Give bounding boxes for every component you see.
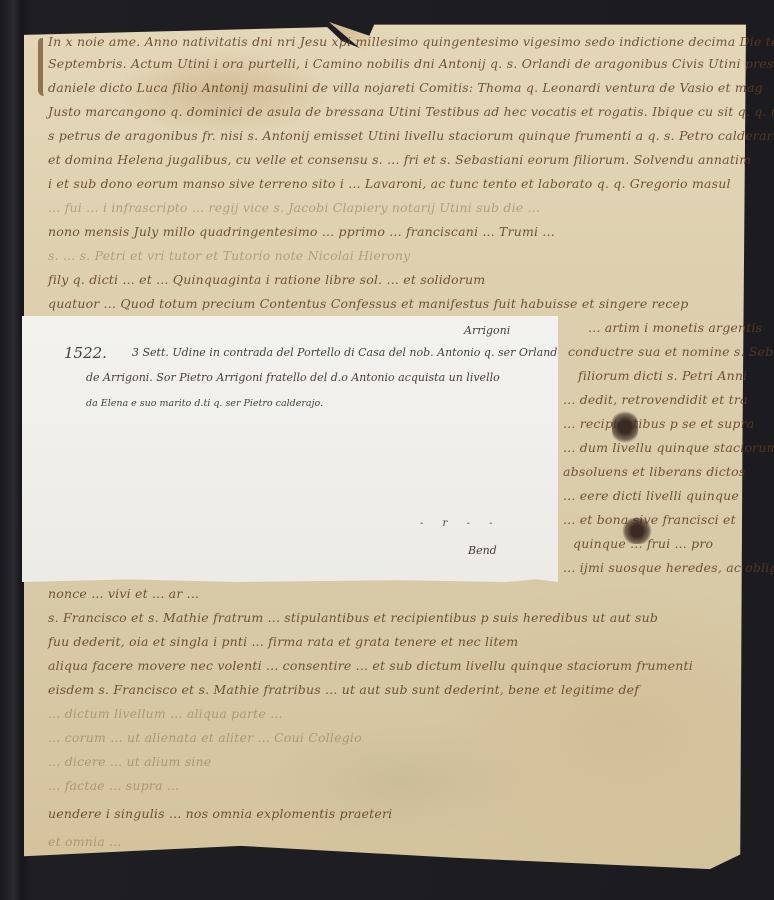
manuscript-line: Septembris. Actum Utini i ora purtelli, … [48,56,774,71]
manuscript-line: i et sub dono eorum manso sive terreno s… [48,176,731,191]
slip-text-line: de Arrigoni. Sor Pietro Arrigoni fratell… [86,371,500,384]
manuscript-line: ... dedit, retrovendidit et tra [563,392,748,407]
ink-blot [612,410,638,444]
manuscript-line: uendere i singulis ... nos omnia explome… [48,806,392,821]
manuscript-line: In x noie ame. Anno nativitatis dni nri … [48,34,774,49]
manuscript-line: ... dictum livellum ... aliqua parte ... [48,706,283,721]
manuscript-line: s. ... s. Petri et vri tutor et Tutorio … [48,248,410,263]
manuscript-line: ... artim i monetis argentis [588,320,762,335]
slip-signature: Bend [468,544,497,557]
manuscript-line: et domina Helena jugalibus, cu velle et … [48,152,751,167]
manuscript-line: s. Francisco et s. Mathie fratrum ... st… [48,610,658,625]
manuscript-line: fily q. dicti ... et ... Quinquaginta i … [48,272,485,287]
manuscript-line: ... dicere ... ut alium sine [48,754,211,769]
manuscript-line: quatuor ... Quod totum precium Contentus… [48,296,688,311]
annotation-slip: Arrigoni 1522. 3 Sett. Udine in contrada… [22,316,558,582]
manuscript-line: ... ijmi suosque heredes, ac oblige [563,560,774,575]
manuscript-line: Justo marcangono q. dominici de asula de… [48,104,774,119]
manuscript-line: ... eere dicti livelli quinque [563,488,739,503]
slip-text-line: 3 Sett. Udine in contrada del Portello d… [132,346,564,359]
slip-heading: Arrigoni [464,324,510,337]
manuscript-line: ... fui ... i infrascripto ... regij vic… [48,200,540,215]
manuscript-line: filiorum dicti s. Petri Anni [578,368,747,383]
manuscript-line: nonce ... vivi et ... ar ... [48,586,199,601]
slip-marks: - r - - [420,518,500,529]
slip-text-line: da Elena e suo marito d.ti q. ser Pietro… [86,398,323,409]
manuscript-line: eisdem s. Francisco et s. Mathie fratrib… [48,682,639,697]
manuscript-line: et omnia ... [48,834,122,849]
slip-date: 1522. [64,344,107,362]
manuscript-line: s petrus de aragonibus fr. nisi s. Anton… [48,128,774,143]
manuscript-line: conductre sua et nomine s. Sebast [568,344,774,359]
manuscript-line: nono mensis July millo quadringentesimo … [48,224,555,239]
manuscript-line: ... dum livellu quinque staciorum [563,440,774,455]
manuscript-line: ... factae ... supra ... [48,778,179,793]
manuscript-line: absoluens et liberans dictos [563,464,746,479]
manuscript-line: daniele dicto Luca filio Antonij masulin… [48,80,763,95]
manuscript-line: ... recipientibus p se et supra [563,416,754,431]
manuscript-line: fuu dederit, oia et singla i pnti ... fi… [48,634,518,649]
manuscript-line: aliqua facere movere nec volenti ... con… [48,658,693,673]
ink-blot [622,518,652,544]
manuscript-line: ... corum ... ut alienata et aliter ... … [48,730,362,745]
